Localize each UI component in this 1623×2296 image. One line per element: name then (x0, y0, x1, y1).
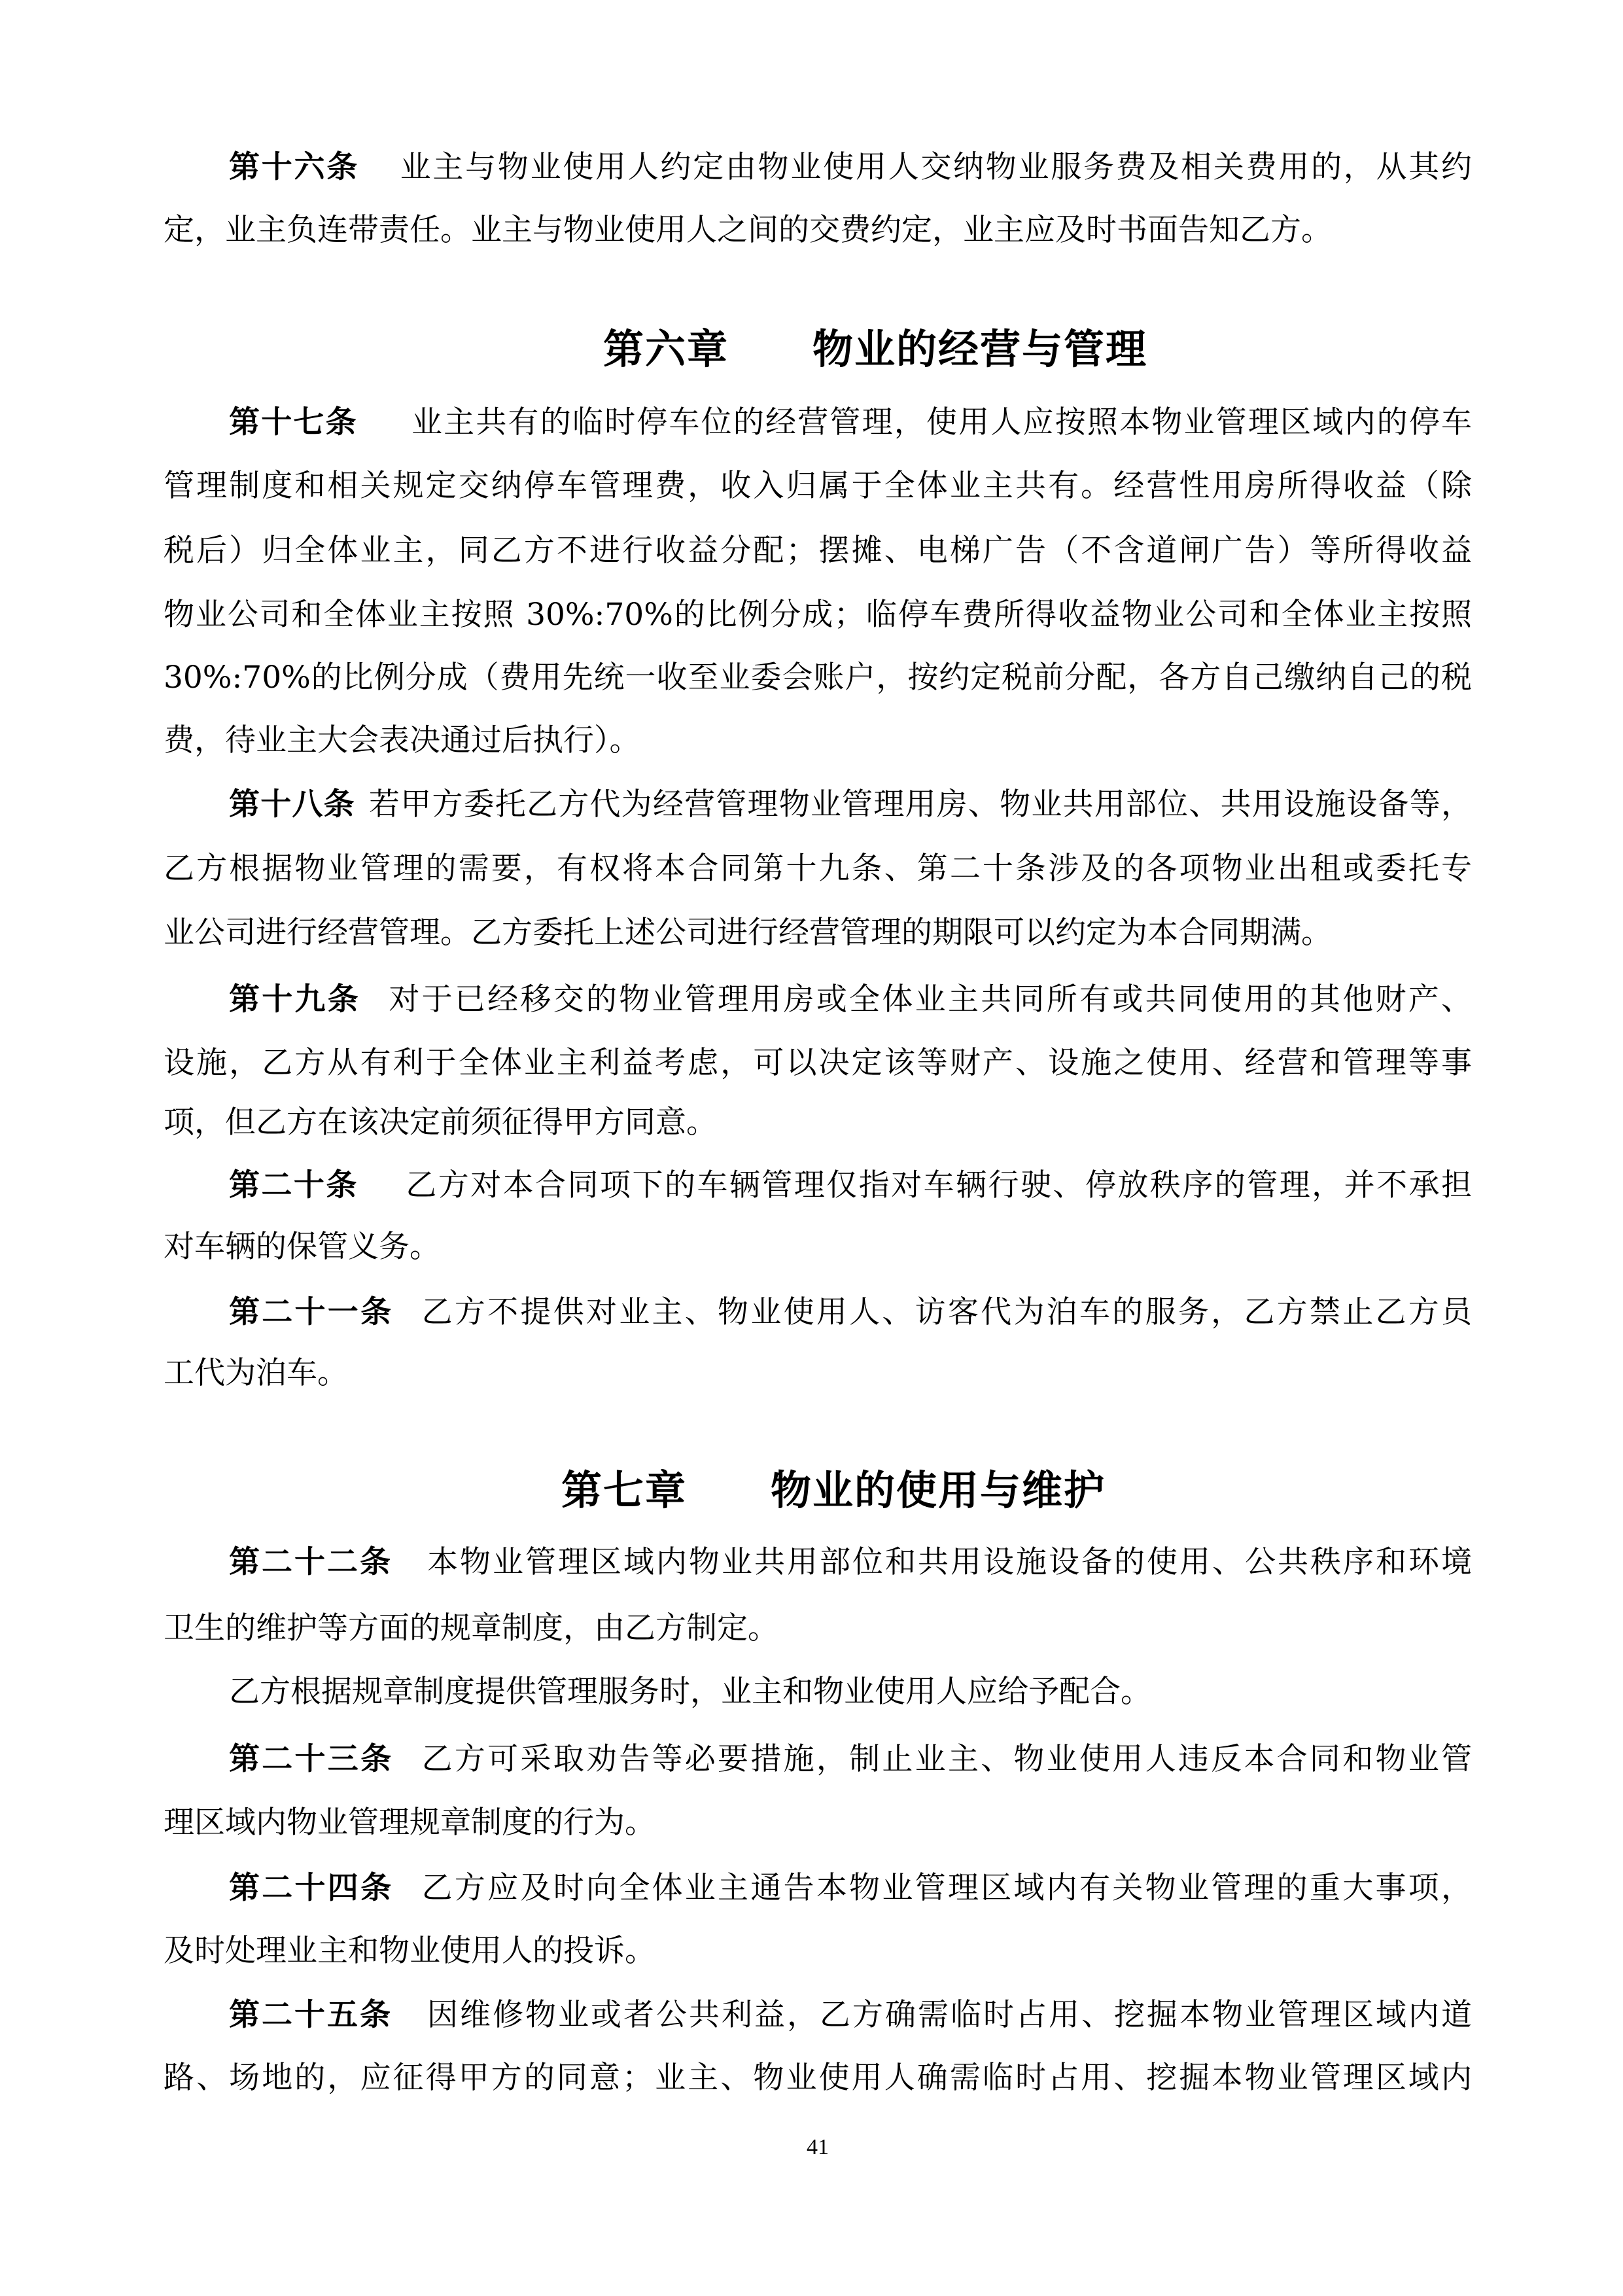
article-17-line-3: 税后）归全体业主，同乙方不进行收益分配；摆摊、电梯广告（不含道闸广告）等所得收益 (164, 531, 1472, 571)
article-16-line-1: 第十六条业主与物业使用人约定由物业使用人交纳物业服务费及相关费用的，从其约 (229, 148, 1472, 187)
article-text: 乙方根据规章制度提供管理服务时，业主和物业使用人应给予配合。 (229, 1674, 1151, 1710)
article-17-line-6: 费，待业主大会表决通过后执行）。 (164, 721, 1472, 760)
article-18-line-1: 第十八条若甲方委托乙方代为经营管理物业管理用房、物业共用部位、共用设施设备等， (229, 785, 1472, 824)
article-21-line-2: 工代为泊车。 (164, 1354, 1472, 1393)
article-24-line-1: 第二十四条乙方应及时向全体业主通告本物业管理区域内有关物业管理的重大事项， (229, 1869, 1472, 1908)
article-label: 第十六条 (229, 149, 359, 185)
article-18-line-3: 业公司进行经营管理。乙方委托上述公司进行经营管理的期限可以约定为本合同期满。 (164, 913, 1472, 953)
article-text: 乙方根据物业管理的需要，有权将本合同第十九条、第二十条涉及的各项物业出租或委托专 (164, 851, 1472, 887)
article-text: 费，待业主大会表决通过后执行）。 (164, 722, 640, 758)
article-label: 第十八条 (229, 786, 355, 822)
article-19-line-2: 设施，乙方从有利于全体业主利益考虑，可以决定该等财产、设施之使用、经营和管理等事 (164, 1044, 1472, 1083)
article-text: 乙方不提供对业主、物业使用人、访客代为泊车的服务，乙方禁止乙方员 (419, 1294, 1472, 1330)
chapter-heading-7: 第七章 物业的使用与维护 (561, 1464, 1106, 1517)
document-page: 第十六条业主与物业使用人约定由物业使用人交纳物业服务费及相关费用的，从其约 定，… (0, 0, 1623, 2296)
article-17-line-1: 第十七条业主共有的临时停车位的经营管理，使用人应按照本物业管理区域内的停车 (229, 403, 1472, 442)
article-text: 业公司进行经营管理。乙方委托上述公司进行经营管理的期限可以约定为本合同期满。 (164, 915, 1332, 951)
article-17-line-5: 30%:70%的比例分成（费用先统一收至业委会账户，按约定税前分配，各方自己缴纳… (164, 658, 1472, 698)
article-text: 物业公司和全体业主按照 30%:70%的比例分成；临停车费所得收益物业公司和全体… (164, 597, 1472, 633)
article-22-paragraph-2: 乙方根据规章制度提供管理服务时，业主和物业使用人应给予配合。 (229, 1672, 1472, 1712)
article-24-line-2: 及时处理业主和物业使用人的投诉。 (164, 1932, 1472, 1971)
article-text: 业主共有的临时停车位的经营管理，使用人应按照本物业管理区域内的停车 (410, 404, 1472, 440)
article-text: 管理制度和相关规定交纳停车管理费，收入归属于全体业主共有。经营性用房所得收益（除 (164, 468, 1472, 504)
article-label: 第十七条 (229, 404, 358, 440)
article-text: 30%:70%的比例分成（费用先统一收至业委会账户，按约定税前分配，各方自己缴纳… (164, 660, 1472, 696)
article-23-line-1: 第二十三条乙方可采取劝告等必要措施，制止业主、物业使用人违反本合同和物业管 (229, 1740, 1472, 1779)
article-text: 项，但乙方在该决定前须征得甲方同意。 (164, 1104, 717, 1140)
article-label: 第二十四条 (229, 1870, 393, 1906)
article-text: 及时处理业主和物业使用人的投诉。 (164, 1933, 655, 1969)
article-text: 卫生的维护等方面的规章制度，由乙方制定。 (164, 1610, 778, 1646)
article-text: 税后）归全体业主，同乙方不进行收益分配；摆摊、电梯广告（不含道闸广告）等所得收益 (164, 533, 1472, 569)
article-text: 因维修物业或者公共利益，乙方确需临时占用、挖掘本物业管理区域内道 (425, 1997, 1472, 2033)
article-text: 对于已经移交的物业管理用房或全体业主共同所有或共同使用的其他财产、 (387, 981, 1472, 1017)
article-label: 第二十三条 (229, 1741, 393, 1777)
page-number: 41 (778, 2134, 857, 2161)
article-19-line-3: 项，但乙方在该决定前须征得甲方同意。 (164, 1103, 1472, 1142)
article-21-line-1: 第二十一条乙方不提供对业主、物业使用人、访客代为泊车的服务，乙方禁止乙方员 (229, 1293, 1472, 1332)
article-text: 定，业主负连带责任。业主与物业使用人之间的交费约定，业主应及时书面告知乙方。 (164, 212, 1332, 248)
article-text: 业主与物业使用人约定由物业使用人交纳物业服务费及相关费用的，从其约 (398, 149, 1472, 185)
article-text: 乙方对本合同项下的车辆管理仅指对车辆行驶、停放秩序的管理，并不承担 (404, 1167, 1472, 1203)
chapter-heading-6: 第六章 物业的经营与管理 (603, 323, 1147, 376)
chapter-title: 第七章 物业的使用与维护 (561, 1466, 1106, 1514)
article-20-line-2: 对车辆的保管义务。 (164, 1227, 1472, 1267)
article-22-line-2: 卫生的维护等方面的规章制度，由乙方制定。 (164, 1609, 1472, 1648)
article-19-line-1: 第十九条对于已经移交的物业管理用房或全体业主共同所有或共同使用的其他财产、 (229, 980, 1472, 1019)
article-25-line-2: 路、场地的，应征得甲方的同意；业主、物业使用人确需临时占用、挖掘本物业管理区域内 (164, 2058, 1472, 2098)
article-text: 本物业管理区域内物业共用部位和共用设施设备的使用、公共秩序和环境 (425, 1544, 1472, 1580)
chapter-title: 第六章 物业的经营与管理 (603, 325, 1147, 373)
article-16-line-2: 定，业主负连带责任。业主与物业使用人之间的交费约定，业主应及时书面告知乙方。 (164, 211, 1472, 250)
article-17-line-4: 物业公司和全体业主按照 30%:70%的比例分成；临停车费所得收益物业公司和全体… (164, 595, 1472, 635)
article-label: 第二十五条 (229, 1997, 393, 2033)
article-text: 理区域内物业管理规章制度的行为。 (164, 1805, 655, 1841)
article-17-line-2: 管理制度和相关规定交纳停车管理费，收入归属于全体业主共有。经营性用房所得收益（除 (164, 467, 1472, 506)
article-18-line-2: 乙方根据物业管理的需要，有权将本合同第十九条、第二十条涉及的各项物业出租或委托专 (164, 849, 1472, 889)
article-text: 设施，乙方从有利于全体业主利益考虑，可以决定该等财产、设施之使用、经营和管理等事 (164, 1045, 1472, 1081)
article-label: 第二十条 (229, 1167, 358, 1203)
article-23-line-2: 理区域内物业管理规章制度的行为。 (164, 1803, 1472, 1843)
article-label: 第十九条 (229, 981, 360, 1017)
article-text: 乙方可采取劝告等必要措施，制止业主、物业使用人违反本合同和物业管 (419, 1741, 1472, 1777)
article-20-line-1: 第二十条乙方对本合同项下的车辆管理仅指对车辆行驶、停放秩序的管理，并不承担 (229, 1166, 1472, 1205)
article-text: 工代为泊车。 (164, 1355, 348, 1391)
article-text: 若甲方委托乙方代为经营管理物业管理用房、物业共用部位、共用设施设备等， (368, 786, 1472, 822)
article-label: 第二十一条 (229, 1294, 393, 1330)
article-25-line-1: 第二十五条因维修物业或者公共利益，乙方确需临时占用、挖掘本物业管理区域内道 (229, 1996, 1472, 2035)
article-label: 第二十二条 (229, 1544, 393, 1580)
article-22-line-1: 第二十二条本物业管理区域内物业共用部位和共用设施设备的使用、公共秩序和环境 (229, 1543, 1472, 1582)
article-text: 乙方应及时向全体业主通告本物业管理区域内有关物业管理的重大事项， (419, 1870, 1472, 1906)
article-text: 对车辆的保管义务。 (164, 1229, 440, 1265)
article-text: 路、场地的，应征得甲方的同意；业主、物业使用人确需临时占用、挖掘本物业管理区域内 (164, 2060, 1472, 2096)
